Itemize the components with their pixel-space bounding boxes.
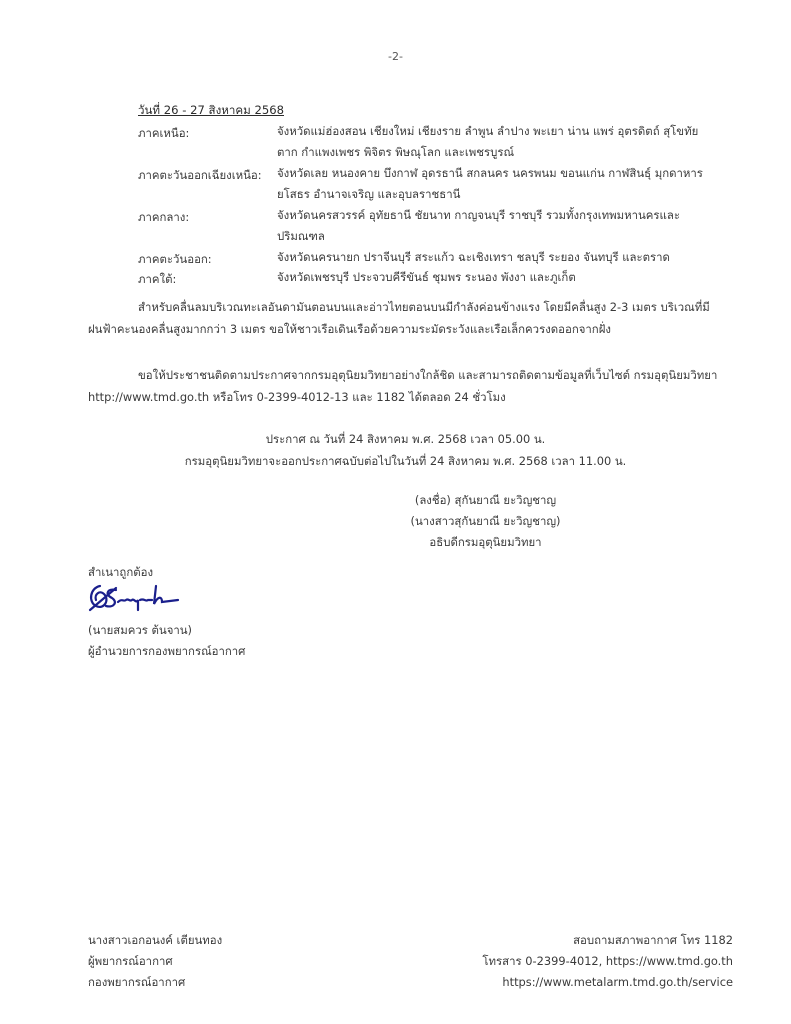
region-line: ปริมณฑล bbox=[277, 226, 680, 247]
paragraph-line: สำหรับคลื่นลมบริเวณทะเลอันดามันตอนบนและอ… bbox=[88, 296, 710, 318]
certified-block: (นายสมควร ต้นจาน) ผู้อำนวยการกองพยากรณ์อ… bbox=[88, 620, 245, 662]
certified-title: ผู้อำนวยการกองพยากรณ์อากาศ bbox=[88, 641, 245, 662]
region-label-east: ภาคตะวันออก: bbox=[138, 251, 212, 269]
announcement: ประกาศ ณ วันที่ 24 สิงหาคม พ.ศ. 2568 เวล… bbox=[0, 428, 791, 472]
region-value-north: จังหวัดแม่ฮ่องสอน เชียงใหม่ เชียงราย ลำพ… bbox=[277, 121, 698, 163]
issued-time: ประกาศ ณ วันที่ 24 สิงหาคม พ.ศ. 2568 เวล… bbox=[10, 428, 791, 450]
forecaster-role: ผู้พยากรณ์อากาศ bbox=[88, 951, 222, 972]
signatory-title: อธิบดีกรมอุตุนิยมวิทยา bbox=[90, 532, 791, 553]
service-link[interactable]: https://www.metalarm.tmd.go.th/service bbox=[482, 972, 733, 993]
inquiry-phone: สอบถามสภาพอากาศ โทร 1182 bbox=[482, 930, 733, 951]
wave-paragraph: สำหรับคลื่นลมบริเวณทะเลอันดามันตอนบนและอ… bbox=[88, 296, 710, 340]
footer-right: สอบถามสภาพอากาศ โทร 1182 โทรสาร 0-2399-4… bbox=[482, 930, 733, 993]
region-value-south: จังหวัดเพชรบุรี ประจวบคีรีขันธ์ ชุมพร ระ… bbox=[277, 267, 576, 288]
paragraph-line: http://www.tmd.go.th หรือโทร 0-2399-4012… bbox=[88, 386, 717, 408]
region-value-northeast: จังหวัดเลย หนองคาย บึงกาฬ อุดรธานี สกลนค… bbox=[277, 163, 703, 205]
region-line: จังหวัดนครนายก ปราจีนบุรี สระแก้ว ฉะเชิง… bbox=[277, 247, 670, 268]
next-announcement: กรมอุตุนิยมวิทยาจะออกประกาศฉบับต่อไปในวั… bbox=[10, 450, 791, 472]
signatory-block: (ลงชื่อ) สุกันยาณี ยะวิญชาญ (นางสาวสุกัน… bbox=[0, 490, 791, 553]
region-label-north: ภาคเหนือ: bbox=[138, 125, 189, 143]
signatory-name: (นางสาวสุกันยาณี ยะวิญชาญ) bbox=[90, 511, 791, 532]
follow-paragraph: ขอให้ประชาชนติดตามประกาศจากกรมอุตุนิยมวิ… bbox=[88, 364, 717, 408]
region-line: จังหวัดเลย หนองคาย บึงกาฬ อุดรธานี สกลนค… bbox=[277, 163, 703, 184]
footer-left: นางสาวเอกอนงค์ เตียนทอง ผู้พยากรณ์อากาศ … bbox=[88, 930, 222, 993]
page-number: -2- bbox=[0, 50, 791, 63]
region-line: จังหวัดแม่ฮ่องสอน เชียงใหม่ เชียงราย ลำพ… bbox=[277, 121, 698, 142]
region-line: ยโสธร อำนาจเจริญ และอุบลราชธานี bbox=[277, 184, 703, 205]
forecaster-name: นางสาวเอกอนงค์ เตียนทอง bbox=[88, 930, 222, 951]
region-line: จังหวัดนครสวรรค์ อุทัยธานี ชัยนาท กาญจนบ… bbox=[277, 205, 680, 226]
region-line: ตาก กำแพงเพชร พิจิตร พิษณุโลก และเพชรบูร… bbox=[277, 142, 698, 163]
region-line: จังหวัดเพชรบุรี ประจวบคีรีขันธ์ ชุมพร ระ… bbox=[277, 267, 576, 288]
certified-name: (นายสมควร ต้นจาน) bbox=[88, 620, 245, 641]
region-value-east: จังหวัดนครนายก ปราจีนบุรี สระแก้ว ฉะเชิง… bbox=[277, 247, 670, 268]
forecaster-division: กองพยากรณ์อากาศ bbox=[88, 972, 222, 993]
paragraph-line: ฝนฟ้าคะนองคลื่นสูงมากกว่า 3 เมตร ขอให้ชา… bbox=[88, 318, 710, 340]
fax-website: โทรสาร 0-2399-4012, https://www.tmd.go.t… bbox=[482, 951, 733, 972]
region-value-central: จังหวัดนครสวรรค์ อุทัยธานี ชัยนาท กาญจนบ… bbox=[277, 205, 680, 247]
date-heading: วันที่ 26 - 27 สิงหาคม 2568 bbox=[138, 102, 284, 120]
region-label-south: ภาคใต้: bbox=[138, 271, 176, 289]
region-label-northeast: ภาคตะวันออกเฉียงเหนือ: bbox=[138, 167, 262, 185]
handwritten-signature-icon bbox=[86, 580, 181, 616]
signed-line: (ลงชื่อ) สุกันยาณี ยะวิญชาญ bbox=[90, 490, 791, 511]
region-label-central: ภาคกลาง: bbox=[138, 209, 189, 227]
paragraph-line: ขอให้ประชาชนติดตามประกาศจากกรมอุตุนิยมวิ… bbox=[88, 364, 717, 386]
